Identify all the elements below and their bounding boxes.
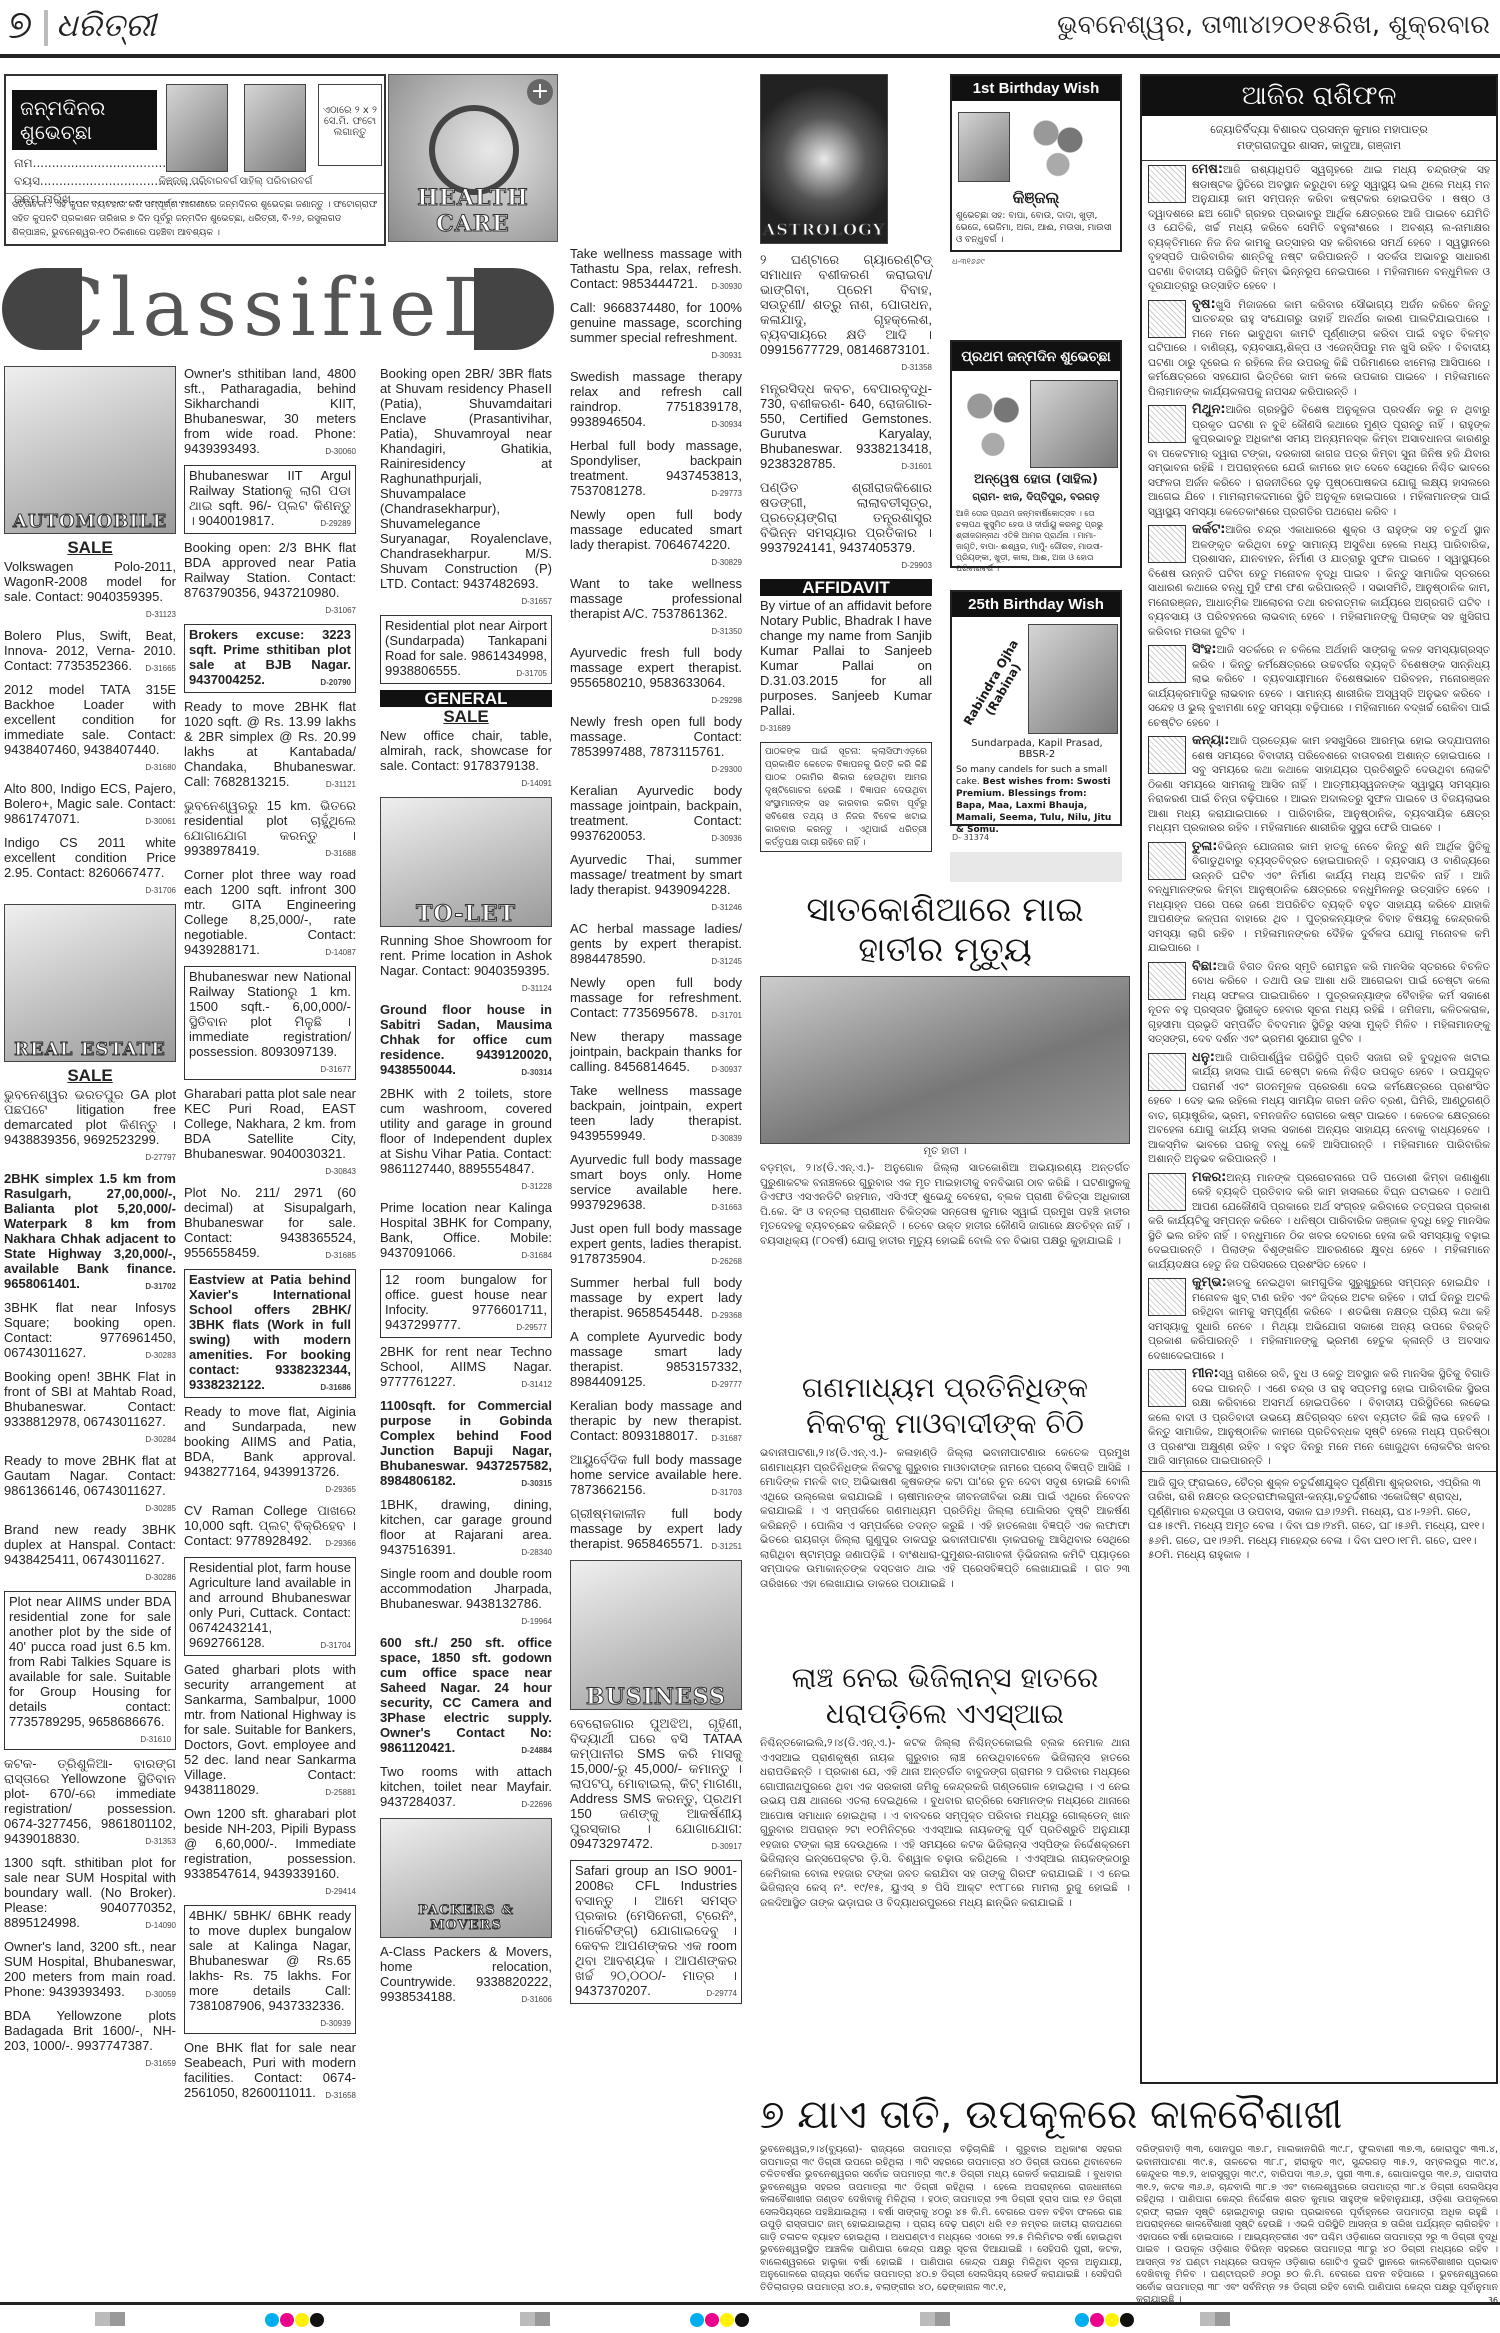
classified-ad: 4BHK/ 5BHK/ 6BHK ready to move duplex bu…: [184, 1905, 356, 2034]
zodiac-icon: [1148, 962, 1186, 1000]
ad-code: ଧ-୩୧୬୬୯: [952, 257, 985, 267]
classified-ad: 1BHK, drawing, dining, kitchen, car gara…: [380, 1497, 552, 1560]
wish-title: 25th Birthday Wish: [952, 592, 1120, 617]
wish-message: ଶୁଭେଚ୍ଛା ସହ: ବାପା, ବୋଉ, ଦାଦା, ଖୁଡ଼ୀ, ଭେଜ…: [956, 210, 1118, 246]
classified-ad: 12 room bungalow for office. guest house…: [380, 1269, 552, 1338]
ad-text: Single room and double room accommodatio…: [380, 1566, 552, 1611]
classified-ad: Swedish massage therapy relax and refres…: [570, 369, 742, 432]
general-heading: GENERAL: [380, 690, 552, 707]
ad-code: D-31677: [320, 1062, 351, 1077]
ad-text: Booking open: 2/3 BHK flat BDA approved …: [184, 540, 356, 600]
wish-name: କିଞ୍ଜଲ୍: [952, 188, 1120, 208]
affidavit-notice: By virtue of an affidavit before Notary …: [760, 598, 932, 736]
ad-text: New office chair, table, almirah, rack, …: [380, 728, 552, 773]
dateline: ଭୁବନେଶ୍ୱର, ତା୩ା୪ା୨୦୧୫ରିଖ, ଶୁକ୍ରବାର: [1057, 10, 1490, 41]
business-image: BUSINESS: [570, 1560, 742, 1710]
ad-code: D-30285: [145, 1501, 176, 1516]
zodiac-sign-entry: କୁମ୍ଭ:ହାତକୁ ନେଇଥିବା କାମଗୁଡିକ ସୁରୁଖୁରୁରେ …: [1142, 1274, 1496, 1365]
zodiac-sign-entry: ମୀନ:ସ୍ୱ ରାଶିରେ ରବି, ବୁଧ ଓ କେତୁ ଅବସ୍ଥାନ କ…: [1142, 1365, 1496, 1471]
classified-ad: Brand new ready 3BHK duplex at Hanspal. …: [4, 1522, 176, 1585]
reader-notice: ପାଠକଙ୍କ ପାଇଁ ସୂଚନା: କ୍ଲାସିଫାଏଡ଼ରେ ପ୍ରକାଶ…: [760, 742, 932, 852]
classified-ad: Newly fresh open full body massage. Cont…: [570, 714, 742, 777]
real-estate-image: REAL ESTATE: [4, 904, 176, 1062]
packers-ads-list: A-Class Packers & Movers, home relocatio…: [380, 1944, 552, 2007]
classified-ad: Eastview at Patia behind Xavier's Intern…: [184, 1269, 356, 1398]
news-vigilance: ଲାଞ୍ଚ ନେଇ ଭିଜିଲାନ୍ସ ହାତରେ ଧରାପଡ଼ିଲେ ଏଏସ୍…: [760, 1660, 1130, 1910]
wish-address: Sundarpada, Kapil Prasad, BBSR-2: [956, 738, 1118, 760]
zodiac-icon: [1148, 525, 1186, 563]
to-let-label: TO-LET: [381, 907, 551, 922]
classified-ad: Herbal full body massage, Spondyliser, b…: [570, 438, 742, 501]
ad-text: Gated gharbari plots with security arran…: [184, 1662, 356, 1797]
classified-ad: Bhubaneswar new National Railway Station…: [184, 966, 356, 1080]
classified-ad: New office chair, table, almirah, rack, …: [380, 728, 552, 791]
sign-forecast: ଆଜି ବିଗତ ଦିନର ସ୍ମୃତି ରୋମନ୍ଥନ କରି ମାନସିକ …: [1148, 961, 1490, 1046]
ad-text: Newly fresh open full body massage. Cont…: [570, 714, 742, 759]
sign-forecast: ଅନ୍ୟ ମାନଙ୍କ ପ୍ରରୋଚନାରେ ପଡି ପଡୋଶୀ କିମ୍ବା …: [1148, 1172, 1490, 1271]
column-astrology-affidavit: ୨ ଘଣ୍ଟାରେ ଗ୍ୟାରେଣ୍ଟିଡ୍ ସମାଧାନ ବଶୀକରଣ କରା…: [760, 252, 932, 858]
classified-ad: Own 1200 sft. gharabari plot beside NH-2…: [184, 1806, 356, 1899]
classified-ad: BDA Yellowzone plots Badagada Brit 1600/…: [4, 2008, 176, 2071]
realestate-sale-heading: SALE: [4, 1068, 176, 1083]
column-general-tolet: Booking open 2BR/ 3BR flats at Shuvam re…: [380, 366, 552, 2013]
classified-ad: Residential plot, farm house Agriculture…: [184, 1557, 356, 1656]
sign-name: ସିଂହ:: [1192, 642, 1217, 657]
ad-code: D-30839: [711, 1131, 742, 1146]
ad-text: Ready to move 2BHK flat at Gautam Nagar.…: [4, 1453, 176, 1498]
flats-ads-list: Booking open 2BR/ 3BR flats at Shuvam re…: [380, 366, 552, 684]
ad-code: D-29366: [325, 1536, 356, 1551]
ad-text: ବେରୋଜଗାର ପୁଅଝିଅ, ଗୃହିଣୀ, ବିଦ୍ୟାର୍ଥୀ ଘରେ …: [570, 1716, 742, 1851]
classified-ad: Keralian Ayurvedic body massage jointpai…: [570, 783, 742, 846]
packers-label: PACKERS & MOVERS: [381, 1903, 551, 1933]
sign-forecast: ଖୁସି ମିଜାଜରେ କାମ କରିବାର ସୌଭାଗ୍ୟ ଅର୍ଜନ କର…: [1148, 299, 1490, 398]
ad-code: D-31601: [901, 459, 932, 474]
headline: ଲାଞ୍ଚ ନେଇ ଭିଜିଲାନ୍ସ ହାତରେ ଧରାପଡ଼ିଲେ ଏଏସ୍…: [760, 1660, 1130, 1732]
real-estate-label: REAL ESTATE: [5, 1042, 175, 1057]
photo-placeholder: ଏଠାରେ ୨ x ୨ ସେ.ମି. ଫଟୋ ଲଗାନ୍ତୁ: [318, 84, 382, 166]
story-body: ଭବାନୀପାଟଣା,୨।୪(ଡି.ଏନ୍.ଏ.)- କଳାହାଣ୍ଡି ଜିଲ…: [760, 1446, 1130, 1591]
classified-ad: ମନ୍ତ୍ରସିଦ୍ଧ କବଚ, ବେପାରବୃଦ୍ଧି- 730, ବଶୀକର…: [760, 381, 932, 474]
baby-photo-2: [244, 84, 306, 172]
classified-ad: ଆୟୁର୍ବେଦିକ full body massage home servic…: [570, 1452, 742, 1500]
zodiac-icon: [1148, 405, 1186, 443]
sign-name: କର୍କଟ:: [1192, 522, 1225, 537]
news-heatwave: ୭ ଯାଏ ତାତି, ଉପକୂଳରେ କାଳବୈଶାଖୀ ଭୁବନେଶ୍ୱର,…: [760, 2090, 1498, 2307]
automobile-ads-list: Volkswagen Polo-2011, WagonR-2008 model …: [4, 559, 176, 898]
ad-text: 600 sft./ 250 sft. office space, 1850 sf…: [380, 1635, 552, 1755]
kinjal-photo: [958, 112, 1010, 182]
classified-ad: 2BHK simplex 1.5 km from Rasulgarh, 27,0…: [4, 1171, 176, 1294]
classified-ad: 2012 model TATA 315E Backhoe Loader with…: [4, 682, 176, 775]
ad-code: D-31606: [521, 1992, 552, 2007]
ad-code: D-30931: [711, 348, 742, 363]
ad-code: D-29414: [325, 1884, 356, 1899]
sign-forecast: ଆଜି ରାଶ୍ୟାଧିପତି ସ୍ୱଗୃହରେ ଥାଇ ମଧ୍ୟ ଚନ୍ଦ୍ର…: [1148, 164, 1490, 292]
color-dots: [265, 2312, 325, 2331]
packers-movers-image: PACKERS & MOVERS: [380, 1818, 552, 1938]
classified-ad: AC herbal massage ladies/ gents by exper…: [570, 921, 742, 969]
zodiac-icon: [1148, 300, 1186, 338]
astrology-ads-list: ୨ ଘଣ୍ଟାରେ ଗ୍ୟାରେଣ୍ଟିଡ୍ ସମାଧାନ ବଶୀକରଣ କରା…: [760, 252, 932, 573]
sign-name: ବୃଷ:: [1192, 297, 1216, 312]
footer-rule: [0, 2302, 1500, 2305]
classified-ad: Keralian body massage and therapic by ne…: [570, 1398, 742, 1446]
story-body: ବଡ଼ମ୍ବା, ୨।୪(ଡି.ଏନ୍.ଏ.)- ଅନୁଗୋଳ ଜିଲ୍ଲା ସ…: [760, 1161, 1130, 1248]
photo-1-caption: କିଞ୍ଜଲ୍ ପରିବାରବର୍ଗ: [156, 176, 240, 187]
ad-code: D-30286: [145, 1570, 176, 1585]
ad-text: Newly open full body massage educated sm…: [570, 507, 742, 552]
classified-ad: Bhubaneswar IIT Argul Railway Stationକୁ …: [184, 465, 356, 534]
zodiac-sign-entry: ମିଥୁନ:ଆଜିର ଗ୍ରହସ୍ଥିତି ବିଶେଷ ଅନୁକୂଳତା ପ୍ର…: [1142, 401, 1496, 521]
sign-name: ଧନୁ:: [1192, 1050, 1215, 1065]
zodiac-icon: [1148, 1173, 1186, 1211]
classified-ad: Newly open full body massage educated sm…: [570, 507, 742, 570]
classified-ad: Plot near AIIMS under BDA residential zo…: [4, 1591, 176, 1750]
classified-ad: One BHK flat for sale near Seabeach, Pur…: [184, 2040, 356, 2103]
health-care-image: + HEALTH CARE: [388, 74, 558, 242]
ad-text: Running Shoe Showroom for rent. Prime lo…: [380, 933, 552, 978]
ad-text: ୨ ଘଣ୍ଟାରେ ଗ୍ୟାରେଣ୍ଟିଡ୍ ସମାଧାନ ବଶୀକରଣ କରା…: [760, 252, 932, 357]
wish-place: ଗ୍ରାମ- ଝାଜ, ଦିପ୍ତିପୁର, ବରଗଡ଼: [952, 492, 1120, 503]
ad-code: D-30059: [145, 1987, 176, 2002]
zodiac-icon: [1148, 1278, 1186, 1316]
classified-ad: Running Shoe Showroom for rent. Prime lo…: [380, 933, 552, 996]
ad-code: D-31703: [711, 1485, 742, 1500]
ad-text: 4BHK/ 5BHK/ 6BHK ready to move duplex bu…: [189, 1908, 351, 2013]
classified-ad: A complete Ayurvedic body massage smart …: [570, 1329, 742, 1392]
ad-code: D-29300: [711, 762, 742, 777]
astrology-label: ASTROLOGY: [761, 220, 887, 239]
horoscope-title: ଆଜିର ରାଶିଫଳ: [1142, 76, 1496, 116]
sign-name: କନ୍ୟା:: [1192, 733, 1229, 748]
classified-ad: ପଣ୍ଡିତ ଶ୍ରୀରାଜକିଶୋର ଷଡଙ୍ଗୀ, ଲାଲାବତୀସୂତ୍ର…: [760, 480, 932, 573]
ad-code: D-14087: [325, 945, 356, 960]
headline: ସାତକୋଶିଆରେ ମାଇ ହାତୀର ମୃତ୍ୟୁ: [760, 890, 1130, 970]
zodiac-sign-entry: କନ୍ୟା:ଆଜି ପ୍ରତ୍ୟେକ କାମ ହସଖୁସିରେ ଆରମ୍ଭ ହୋ…: [1142, 732, 1496, 838]
ad-text: Ayurvedic fresh full body massage expert…: [570, 645, 742, 690]
ad-code: D-31688: [325, 846, 356, 861]
ad-text: Safari group an ISO 9001-2008ର CFL Indus…: [575, 1863, 737, 1998]
ad-code: D-30930: [711, 279, 742, 294]
wish-message: So many candels for such a small cake. B…: [956, 764, 1118, 836]
ad-code: D-26268: [711, 1254, 742, 1269]
masthead-rule: [0, 54, 1500, 58]
classified-ad: Ready to move 2BHK flat 1020 sqft. @ Rs.…: [184, 699, 356, 792]
ad-code: D-29289: [320, 516, 351, 531]
ad-code: D-31704: [320, 1638, 351, 1653]
stethoscope-icon: [429, 105, 519, 195]
story-body-left: ଭୁବନେଶ୍ୱର,୨।୪(ବ୍ୟୁରୋ)- ରାଜ୍ୟରେ ତାପମାତ୍ରା…: [760, 2144, 1122, 2307]
news-elephant: ସାତକୋଶିଆରେ ମାଇ ହାତୀର ମୃତ୍ୟୁ ମୃତ ହାତୀ । ବ…: [760, 890, 1130, 1248]
ad-code: D-31686: [320, 1380, 351, 1395]
ad-code: D-30283: [145, 1348, 176, 1363]
classified-ad: Ready to move 2BHK flat at Gautam Nagar.…: [4, 1453, 176, 1516]
health-care-label: HEALTH CARE: [389, 185, 557, 237]
plus-icon: +: [527, 79, 553, 105]
25th-birthday-wish: 25th Birthday Wish Rabindra Ojha (Rabina…: [950, 590, 1122, 826]
astrologer-info: ଜ୍ୟୋତିର୍ବିଦ୍ୟା ବିଶାରଦ ପ୍ରସନ୍ନ କୁମାର ମହାପ…: [1142, 116, 1496, 161]
zodiac-icon: [1148, 1369, 1186, 1407]
ad-code: D-27797: [145, 1150, 176, 1165]
general-sale-heading: SALE: [380, 709, 552, 724]
zodiac-icon: [1148, 842, 1186, 880]
ad-code: D-30315: [521, 1476, 552, 1491]
ad-code: D-29774: [706, 1986, 737, 2001]
ad-code: D-31685: [325, 1248, 356, 1263]
ad-code: D-31358: [901, 360, 932, 375]
classified-ad: A-Class Packers & Movers, home relocatio…: [380, 1944, 552, 2007]
ad-code: D-31663: [711, 1200, 742, 1215]
ad-code: D-31684: [521, 1248, 552, 1263]
ad-code: D-31246: [711, 900, 742, 915]
coupon-terms: ସର୍ତ୍ତାବଳୀ : ଏହି କୁପନ ବ୍ୟବହାର କରି ସମ୍ପୂର…: [6, 193, 384, 244]
ad-code: D-31657: [521, 594, 552, 609]
column-health-business: Take wellness massage with Tathastu Spa,…: [570, 246, 742, 2010]
classified-ad: 2BHK for rent near Techno School, AIIMS …: [380, 1344, 552, 1392]
zodiac-sign-entry: ତୁଳା:ବିଭିନ୍ନ ଯୋଜନାର କାମ ହାତକୁ ନେବେ କିନ୍ତ…: [1142, 838, 1496, 958]
ad-code: D-31228: [521, 1179, 552, 1194]
balloons-icon: [1028, 112, 1088, 182]
classified-ad: Residential plot near Airport (Sundarpad…: [380, 615, 552, 684]
column-realestate-2: Owner's sthitiban land, 4800 sft., Patha…: [184, 366, 356, 2109]
ad-text: Own 1200 sft. gharabari plot beside NH-2…: [184, 1806, 356, 1881]
sign-forecast: ଆଜିର ଚନ୍ଦ୍ର ଏକାଧାରରେ ଶୁକ୍ର ଓ ରାହୁଙ୍କ ସହ …: [1148, 524, 1490, 638]
classified-ad: Ayurvedic fresh full body massage expert…: [570, 645, 742, 708]
sign-forecast: ଆଜିର ଗ୍ରହସ୍ଥିତି ବିଶେଷ ଅନୁକୂଳତା ପ୍ରଦର୍ଶନ …: [1148, 404, 1490, 518]
photo-2-caption: ସାହିଲ୍ ପରିବାରବର୍ଗ: [234, 176, 318, 187]
gray-bar: [520, 2312, 550, 2326]
classified-ad: Alto 800, Indigo ECS, Pajero, Bolero+, M…: [4, 781, 176, 829]
ad-text: Indigo CS 2011 white excellent condition…: [4, 835, 176, 880]
color-dots: [690, 2312, 750, 2331]
story-body-right: ଦରିଙ୍ଗବାଡ଼ି ୩୩, ସୋନପୁର ୩୭.୮, ମାଲକାନଗିରି …: [1136, 2144, 1498, 2307]
ad-code: D-22696: [521, 1797, 552, 1812]
ad-text: Call: 9668374480, for 100% genuine massa…: [570, 300, 742, 345]
ad-text: Volkswagen Polo-2011, WagonR-2008 model …: [4, 559, 176, 604]
zodiac-sign-entry: ମେଷ:ଆଜି ରାଶ୍ୟାଧିପତି ସ୍ୱଗୃହରେ ଥାଇ ମଧ୍ୟ ଚନ…: [1142, 161, 1496, 296]
zodiac-icon: [1148, 165, 1186, 203]
ad-code: D-31687: [711, 1431, 742, 1446]
ad-code: D-31067: [325, 603, 356, 618]
ad-text: Plot near AIIMS under BDA residential zo…: [9, 1594, 171, 1729]
ad-code: D-31706: [145, 883, 176, 898]
ad-code: D-14091: [521, 776, 552, 791]
ad-code: D-30934: [711, 417, 742, 432]
horoscope-panel: ଆଜିର ରାଶିଫଳ ଜ୍ୟୋତିର୍ବିଦ୍ୟା ବିଶାରଦ ପ୍ରସନ୍…: [1140, 74, 1498, 2084]
classified-ad: Corner plot three way road each 1200 sqf…: [184, 867, 356, 960]
ad-code: D-30937: [711, 1062, 742, 1077]
classified-ad: Booking open! 3BHK Flat in front of SBI …: [4, 1369, 176, 1447]
headline: ଗଣମାଧ୍ୟମ ପ୍ରତିନିଧିଙ୍କ ନିକଟକୁ ମାଓବାଦୀଙ୍କ …: [760, 1370, 1130, 1442]
sign-name: ବିଛା:: [1192, 959, 1217, 974]
classified-ad: Call: 9668374480, for 100% genuine massa…: [570, 300, 742, 363]
ad-code: D-30843: [325, 1164, 356, 1179]
zodiac-sign-entry: ଧନୁ:ଆଜି ପାରିପାର୍ଶ୍ୱିକ ପରିସ୍ଥିତି ପ୍ରତି ସଜ…: [1142, 1049, 1496, 1169]
newspaper-name: ଧରିତ୍ରୀ: [56, 6, 156, 45]
zodiac-icon: [1148, 645, 1186, 683]
baby-photo-1: [166, 84, 228, 172]
photo-caption: ମୃତ ହାତୀ ।: [760, 1146, 1130, 1157]
ad-code: D-31705: [516, 666, 547, 681]
ad-code: D-14090: [145, 1918, 176, 1933]
ad-code: D-30314: [521, 1065, 552, 1080]
classified-ad: Take wellness massage backpain, jointpai…: [570, 1083, 742, 1146]
ad-code: D-31610: [140, 1732, 171, 1747]
ad-code: D-25881: [325, 1785, 356, 1800]
classified-ad: କଟକ- ତ୍ରିଶୁଳିଆ- ବାରଙ୍ଗ ରାସ୍ତାରେ Yellowzo…: [4, 1756, 176, 1849]
ad-text: Ready to move flat, Aiginia and Sundarpa…: [184, 1404, 356, 1479]
ad-text: Corner plot three way road each 1200 sqf…: [184, 867, 356, 957]
ad-code: D-29903: [901, 558, 932, 573]
sign-forecast: ଆଜି ପାରିପାର୍ଶ୍ୱିକ ପରିସ୍ଥିତି ପ୍ରତି ସଜାଗ ର…: [1148, 1052, 1490, 1166]
classified-ad: Single room and double room accommodatio…: [380, 1566, 552, 1629]
ad-code: D-30060: [325, 444, 356, 459]
classified-ad: ଭୁବନେଶ୍ୱର ଭରତପୁର GA plot ପଛପଟେ litigatio…: [4, 1087, 176, 1165]
ad-code: D-24884: [521, 1743, 552, 1758]
ad-text: Bhubaneswar new National Railway Station…: [189, 969, 351, 1059]
ad-code: D-29368: [711, 1308, 742, 1323]
wish-message: ଆଜି ତୋର ପ୍ରଥମ ଜନ୍ମବାର୍ଷିକୋତ୍ସବ । ତୋ ଚଲାପ…: [956, 508, 1118, 574]
ad-code: D-28340: [521, 1545, 552, 1560]
news-maoist-letter: ଗଣମାଧ୍ୟମ ପ୍ରତିନିଧିଙ୍କ ନିକଟକୁ ମାଓବାଦୀଙ୍କ …: [760, 1370, 1130, 1591]
rabindra-photo: [1028, 624, 1118, 734]
masthead: ୭ ଧରିତ୍ରୀ ଭୁବନେଶ୍ୱର, ତା୩ା୪ା୨୦୧୫ରିଖ, ଶୁକ୍…: [0, 0, 1500, 55]
classified-ad: Ready to move flat, Aiginia and Sundarpa…: [184, 1404, 356, 1497]
business-ads-list: ବେରୋଜଗାର ପୁଅଝିଅ, ଗୃହିଣୀ, ବିଦ୍ୟାର୍ଥୀ ଘରେ …: [570, 1716, 742, 2004]
column-automobile-realestate: AUTOMOBILE SALE Volkswagen Polo-2011, Wa…: [4, 366, 176, 2077]
business-label: BUSINESS: [571, 1690, 741, 1705]
ad-text: ପଣ୍ଡିତ ଶ୍ରୀରାଜକିଶୋର ଷଡଙ୍ଗୀ, ଲାଲାବତୀସୂତ୍ର…: [760, 480, 932, 555]
classified-ad: 2BHK with 2 toilets, store cum washroom,…: [380, 1086, 552, 1194]
classified-ad: ଭୁବନେଶ୍ୱରରୁ 15 km. ଭିତରେ residential plo…: [184, 798, 356, 861]
classified-ad: Plot No. 211/ 2971 (60 decimal) at Sisup…: [184, 1185, 356, 1263]
ad-code: D-30284: [145, 1432, 176, 1447]
classified-ad: Ayurvedic full body massage smart boys o…: [570, 1152, 742, 1215]
classified-ad: ଗ୍ରୀଷ୍ମକାଳୀନ full body massage by expert…: [570, 1506, 742, 1554]
ad-code: D-31412: [521, 1377, 552, 1392]
ad-text: 2BHK with 2 toilets, store cum washroom,…: [380, 1086, 552, 1176]
ad-text: କଟକ- ତ୍ରିଶୁଳିଆ- ବାରଙ୍ଗ ରାସ୍ତାରେ Yellowzo…: [4, 1756, 176, 1846]
blank-ad-space: [950, 852, 1122, 882]
page-folio: 36: [1488, 2296, 1498, 2305]
banner-cap-right: [474, 268, 554, 350]
realestate-ads-list-2: Owner's sthitiban land, 4800 sft., Patha…: [184, 366, 356, 2103]
elephant-photo: [760, 976, 1130, 1144]
classified-ad: Just open full body massage expert gents…: [570, 1221, 742, 1269]
classified-ad: Summer herbal full body massage by exper…: [570, 1275, 742, 1323]
ad-code: D-31658: [325, 2088, 356, 2103]
balloons-icon: [960, 382, 1026, 462]
classified-ad: Brokers excuse: 3223 sqft. Prime sthitib…: [184, 624, 356, 693]
tolet-ads-list: Running Shoe Showroom for rent. Prime lo…: [380, 933, 552, 1812]
automobile-image: AUTOMOBILE: [4, 366, 176, 534]
classified-ad: 3BHK flat near Infosys Square; booking o…: [4, 1300, 176, 1363]
zodiac-sign-entry: ମକର:ଅନ୍ୟ ମାନଙ୍କ ପ୍ରରୋଚନାରେ ପଡି ପଡୋଶୀ କିମ…: [1142, 1169, 1496, 1275]
ad-code: D-29365: [325, 1482, 356, 1497]
ad-text: Booking open 2BR/ 3BR flats at Shuvam re…: [380, 366, 552, 591]
ad-code: D-20790: [320, 675, 351, 690]
story-body: ନିଶ୍ଚିନ୍ତକୋଇଲି,୨।୪(ଡି.ଏନ୍.ଏ.)- କଟକ ଜିଲ୍ଲ…: [760, 1736, 1130, 1910]
affidavit-heading: AFFIDAVIT: [760, 579, 932, 596]
ad-code: D-30917: [711, 1839, 742, 1854]
panchang: ଆଜି ଗୁଡ୍ ଫ୍ରାଇଡେ, ଚୈତ୍ର ଶୁକ୍ଳ ଚତୁର୍ଦ୍ଦଶୀ…: [1142, 1471, 1496, 1567]
page-number: ୭: [8, 2, 32, 48]
classified-ad: Two rooms with attach kitchen, toilet ne…: [380, 1764, 552, 1812]
ad-text: Ayurvedic Thai, summer massage/ treatmen…: [570, 852, 742, 897]
classified-ad: Gated gharbari plots with security arran…: [184, 1662, 356, 1800]
classified-banner: ClassifieD: [2, 262, 554, 354]
classified-ad: Prime location near Kalinga Hospital 3BH…: [380, 1200, 552, 1263]
ad-text: 2012 model TATA 315E Backhoe Loader with…: [4, 682, 176, 757]
classified-ad: Newly open full body massage for refresh…: [570, 975, 742, 1023]
wish-title: 1st Birthday Wish: [952, 76, 1120, 101]
ad-code: D-31350: [711, 624, 742, 639]
zodiac-sign-entry: କର୍କଟ:ଆଜିର ଚନ୍ଦ୍ର ଏକାଧାରରେ ଶୁକ୍ର ଓ ରାହୁଙ…: [1142, 521, 1496, 641]
ad-code: D-31680: [145, 760, 176, 775]
classified-ad: Safari group an ISO 9001-2008ର CFL Indus…: [570, 1860, 742, 2004]
classified-title: ClassifieD: [44, 261, 513, 354]
sign-name: ମକର:: [1192, 1170, 1226, 1185]
ad-code: D-30061: [145, 814, 176, 829]
ad-code: D-31353: [145, 1834, 176, 1849]
zodiac-sign-list: ମେଷ:ଆଜି ରାଶ୍ୟାଧିପତି ସ୍ୱଗୃହରେ ଥାଇ ମଧ୍ୟ ଚନ…: [1142, 161, 1496, 1471]
general-ads-list: New office chair, table, almirah, rack, …: [380, 728, 552, 791]
anwesh-photo: [1030, 380, 1118, 468]
zodiac-sign-entry: ବିଛା:ଆଜି ବିଗତ ଦିନର ସ୍ମୃତି ରୋମନ୍ଥନ କରି ମା…: [1142, 958, 1496, 1049]
sign-name: ମେଷ:: [1192, 162, 1223, 177]
ad-code: D-31702: [145, 1279, 176, 1294]
classified-ad: Owner's land, 3200 sft., near SUM Hospit…: [4, 1939, 176, 2002]
classified-ad: Booking open 2BR/ 3BR flats at Shuvam re…: [380, 366, 552, 609]
color-dots: [1075, 2312, 1135, 2331]
first-birthday-greeting: ପ୍ରଥମ ଜନ୍ମଦିନ ଶୁଭେଚ୍ଛା ଅନ୍ୱେଷ ହୋତା (ସାହି…: [950, 340, 1122, 568]
classified-ad: 1100sqft. for Commercial purpose in Gobi…: [380, 1398, 552, 1491]
wish-name: Rabindra Ojha (Rabina): [957, 631, 1036, 740]
ad-code: D-31659: [145, 2056, 176, 2071]
ad-code: D-30939: [320, 2016, 351, 2031]
ad-text: ଭୁବନେଶ୍ୱର ଭରତପୁର GA plot ପଛପଟେ litigatio…: [4, 1087, 176, 1147]
ad-code: D-31123: [146, 607, 176, 622]
sale-heading: SALE: [4, 540, 176, 555]
sign-forecast: ସ୍ୱ ରାଶିରେ ରବି, ବୁଧ ଓ କେତୁ ଅବସ୍ଥାନ କରି ମ…: [1148, 1368, 1490, 1467]
gray-bar: [95, 2312, 125, 2326]
birthday-coupon: ଜନ୍ମଦିନର ଶୁଭେଚ୍ଛା ନାମ...................…: [4, 74, 386, 246]
coupon-title: ଜନ୍ମଦିନର ଶୁଭେଚ୍ଛା: [12, 90, 157, 150]
headline: ୭ ଯାଏ ତାତି, ଉପକୂଳରେ କାଳବୈଶାଖୀ: [760, 2090, 1498, 2140]
wish-name: ଅନ୍ୱେଷ ହୋତା (ସାହିଲ): [952, 472, 1120, 487]
classified-ad: ବେରୋଜଗାର ପୁଅଝିଅ, ଗୃହିଣୀ, ବିଦ୍ୟାର୍ଥୀ ଘରେ …: [570, 1716, 742, 1854]
zodiac-icon: [1148, 1053, 1186, 1091]
to-let-image: TO-LET: [380, 797, 552, 927]
ad-text: Booking open! 3BHK Flat in front of SBI …: [4, 1369, 176, 1429]
ad-text: Gharabari patta plot sale near KEC Puri …: [184, 1086, 356, 1161]
ad-text: Ready to move 2BHK flat 1020 sqft. @ Rs.…: [184, 699, 356, 789]
zodiac-sign-entry: ବୃଷ:ଖୁସି ମିଜାଜରେ କାମ କରିବାର ସୌଭାଗ୍ୟ ଅର୍ଜ…: [1142, 296, 1496, 402]
classified-ad: Bolero Plus, Swift, Beat, Innova- 2012, …: [4, 628, 176, 676]
ad-code: D-30829: [711, 555, 742, 570]
ad-code: D-29577: [516, 1320, 547, 1335]
ad-code: D-31121: [326, 777, 356, 792]
ad-code: D-29298: [711, 693, 742, 708]
zodiac-sign-entry: ସିଂହ:ଆଜି ସତର୍କରେ ନ ଚଳିଲେ ଅର୍ଥହାନି ସାଙ୍ଗକ…: [1142, 641, 1496, 732]
classified-ad: Ayurvedic Thai, summer massage/ treatmen…: [570, 852, 742, 915]
sign-name: ମିଥୁନ:: [1192, 402, 1226, 417]
ad-text: Residential plot, farm house Agriculture…: [189, 1560, 351, 1650]
automobile-label: AUTOMOBILE: [5, 514, 175, 529]
ad-code: D-29773: [711, 486, 742, 501]
classified-ad: Indigo CS 2011 white excellent condition…: [4, 835, 176, 898]
